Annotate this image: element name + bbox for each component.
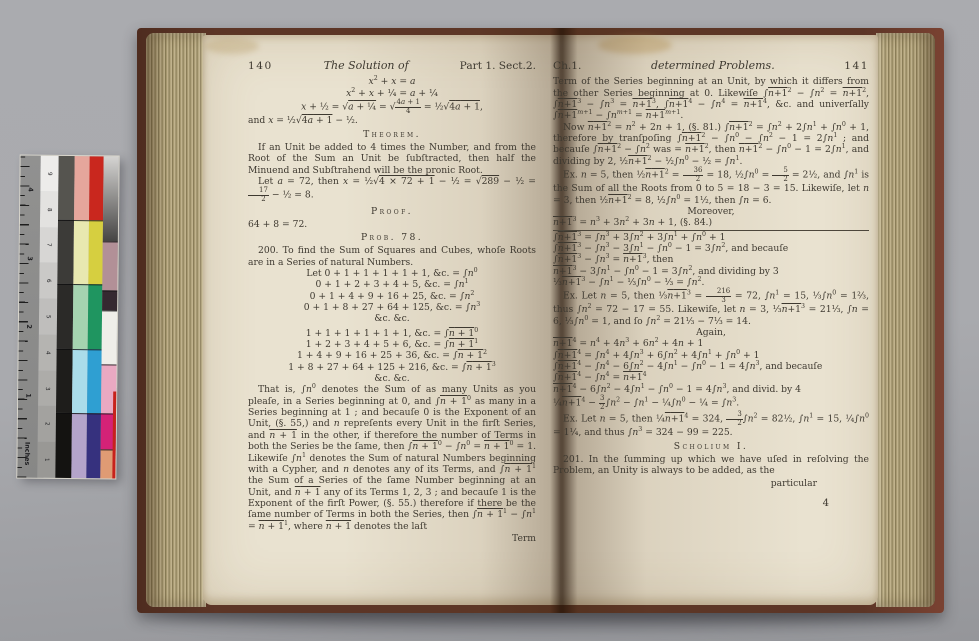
color-swatch: 1 — [37, 442, 55, 478]
text-line: ∫n+14 − ∫n4 = n+14 — [553, 372, 869, 383]
chart-label: 9 — [46, 172, 52, 176]
color-swatch: 3 — [38, 370, 56, 406]
text-line: and x = ½√4a + 1 − ½. — [248, 115, 536, 126]
text-line: Term of the Series beginning at an Unit,… — [553, 76, 869, 121]
left-page: 140 The Solution of Part 1. Sect.2. x2 +… — [248, 60, 536, 544]
color-swatch: 7 — [40, 227, 58, 263]
text-line: n+13 = n3 + 3n2 + 3n + 1, (§. 84.) — [553, 217, 869, 230]
chart-label: 4 — [45, 351, 51, 355]
color-swatch — [88, 284, 103, 349]
color-swatch — [102, 242, 118, 291]
text-line: Let a = 72, then x = ½√4 × 72 + 1 − ½ = … — [248, 176, 536, 203]
text-line: ∫n+13 − ∫n3 − 3∫n1 − ∫n0 − 1 = 3∫n2, and… — [553, 243, 869, 254]
color-swatch — [56, 349, 73, 414]
color-swatch: 4 — [20, 155, 41, 224]
chart-label: 1 — [24, 393, 32, 398]
text-line: 0 + 1 + 2 + 3 + 4 + 5, &c. = ∫n1 — [248, 279, 536, 290]
text-line: 1 + 8 + 27 + 64 + 125 + 216, &c. = ∫n + … — [248, 362, 536, 373]
text-line: Now n+12 = n2 + 2n + 1, (§. 81.) ∫n+12 =… — [553, 122, 869, 167]
color-swatch — [73, 220, 89, 285]
chart-label: 2 — [25, 325, 33, 330]
signature-mark: 4 — [553, 498, 869, 509]
photo-of-open-book: 140 The Solution of Part 1. Sect.2. x2 +… — [0, 0, 979, 641]
text-line: &c. &c. — [248, 373, 536, 384]
color-calibration-card: 4321Inches 987654321 — [17, 155, 118, 478]
left-page-header: 140 The Solution of Part 1. Sect.2. — [248, 60, 536, 72]
color-patch-strip — [100, 156, 118, 478]
color-swatch: 5 — [39, 299, 57, 335]
color-swatch — [73, 284, 89, 349]
color-swatch: 8 — [40, 191, 58, 227]
chart-label: Inches — [23, 442, 31, 465]
text-line: Ex. Let n = 5, then ⅓n+13 = 2163 = 72, ∫… — [553, 288, 869, 327]
text-line: Theorem. — [248, 129, 536, 140]
text-line: Term — [248, 533, 536, 544]
chart-label: 6 — [45, 279, 51, 283]
color-swatch — [71, 413, 87, 478]
color-swatch — [88, 220, 103, 285]
text-line: 1 + 1 + 1 + 1 + 1 + 1, &c. = ∫n + 10 — [248, 328, 536, 339]
text-line: ∫n+13 − ∫n3 = n+13, then — [553, 254, 869, 265]
color-swatch: Inches — [17, 430, 38, 478]
text-line: If an Unit be added to 4 times the Numbe… — [248, 142, 536, 176]
color-swatch: 9 — [40, 156, 58, 192]
text-line: 201. In the ſumming up which we have uſe… — [553, 454, 869, 477]
color-swatch: 4 — [38, 335, 56, 371]
color-swatch: 3 — [19, 224, 40, 293]
color-swatch — [57, 219, 74, 284]
text-line: ¼n+14 − 32∫n2 − ∫n1 − ¼∫n0 − ¼ = ∫n3. — [553, 395, 869, 411]
color-swatch — [103, 156, 119, 241]
chart-label: 3 — [26, 256, 34, 261]
text-line: Scholium I. — [553, 441, 869, 452]
color-swatch: 1 — [18, 361, 39, 430]
chart-label: 8 — [46, 208, 52, 212]
text-line: ∫n+14 = ∫n4 + 4∫n3 + 6∫n2 + 4∫n1 + ∫n0 +… — [553, 350, 869, 361]
right-page-header: Ch.1. determined Problems. 141 — [553, 60, 869, 72]
color-swatch — [72, 349, 88, 414]
chart-label: 5 — [45, 315, 51, 319]
paper-stain — [598, 36, 672, 54]
text-line: 200. To find the Sum of Squares and Cube… — [248, 245, 536, 268]
text-line: Let 0 + 1 + 1 + 1 + 1 + 1, &c. = ∫n0 — [248, 268, 536, 279]
right-page: Ch.1. determined Problems. 141 Term of t… — [553, 60, 869, 509]
right-page-body: Term of the Series beginning at an Unit,… — [553, 76, 869, 489]
chart-label: 4 — [26, 188, 34, 193]
running-title-left: The Solution of — [324, 60, 409, 71]
color-swatch — [74, 156, 90, 220]
text-line: ⅓n+13 − ∫n1 − ⅓∫n0 − ⅓ = ∫n2. — [553, 277, 869, 288]
running-title-right: determined Problems. — [651, 60, 775, 71]
text-line: 1 + 2 + 3 + 4 + 5 + 6, &c. = ∫n + 11 — [248, 339, 536, 350]
color-swatch: 6 — [39, 263, 57, 299]
text-line: Proof. — [248, 206, 536, 217]
inch-ruler: 4321Inches — [17, 155, 40, 477]
color-swatch: 2 — [19, 293, 40, 362]
text-line: x + ½ = √a + ¼ = √4a + 14 = ½√4a + 1, — [248, 99, 536, 115]
chart-label: 1 — [43, 458, 49, 462]
color-swatch — [102, 310, 118, 365]
left-page-body: x2 + x = ax2 + x + ¼ = a + ¼x + ½ = √a +… — [248, 76, 536, 544]
text-line: n+13 − 3∫n1 − ∫n0 − 1 = 3∫n2, and dividi… — [553, 266, 869, 277]
text-line: particular — [553, 478, 869, 489]
text-line: 64 + 8 = 72. — [248, 219, 536, 230]
text-line: x2 + x = a — [248, 76, 536, 87]
color-swatch — [57, 284, 74, 349]
text-line: Moreover, — [553, 206, 869, 217]
text-line: ∫n+13 = ∫n3 + 3∫n2 + 3∫n1 + ∫n0 + 1 — [553, 232, 869, 243]
color-swatch — [55, 413, 72, 478]
text-line: That is, ∫n0 denotes the Sum of as many … — [248, 384, 536, 531]
text-line: 0 + 1 + 4 + 9 + 16 + 25, &c. = ∫n2 — [248, 291, 536, 302]
chart-label: 2 — [44, 422, 50, 426]
right-page-fore-edge — [876, 33, 935, 607]
text-line: 0 + 1 + 8 + 27 + 64 + 125, &c. = ∫n3 — [248, 302, 536, 313]
text-line: Again, — [553, 327, 869, 338]
color-swatch — [87, 349, 102, 414]
color-swatch — [86, 414, 101, 479]
paper-stain — [205, 38, 259, 54]
text-line: x2 + x + ¼ = a + ¼ — [248, 88, 536, 99]
text-line: &c. &c. — [248, 313, 536, 324]
page-number-141: 141 — [844, 61, 869, 72]
page-number-140: 140 — [248, 61, 273, 72]
color-swatch — [102, 290, 117, 310]
chart-label: 3 — [44, 387, 50, 391]
color-swatch — [58, 156, 75, 220]
text-line: ∫n+14 − ∫n4 − 6∫n2 − 4∫n1 − ∫n0 − 1 = 4∫… — [553, 361, 869, 372]
chart-label: 7 — [46, 243, 52, 247]
text-line: Ex. Let n = 5, then ¼n+14 = 324, 32∫n2 =… — [553, 411, 869, 438]
color-swatch — [89, 156, 104, 220]
text-line: Ex. n = 5, then ½n+12 = 362 = 18, ½∫n0 =… — [553, 167, 869, 206]
left-page-fore-edge — [146, 33, 206, 607]
chapter-label: Ch.1. — [553, 61, 581, 72]
color-swatch: 2 — [38, 406, 56, 442]
section-label: Part 1. Sect.2. — [460, 61, 536, 72]
red-edge-patch — [112, 392, 116, 479]
text-line: Prob. 78. — [248, 232, 536, 243]
